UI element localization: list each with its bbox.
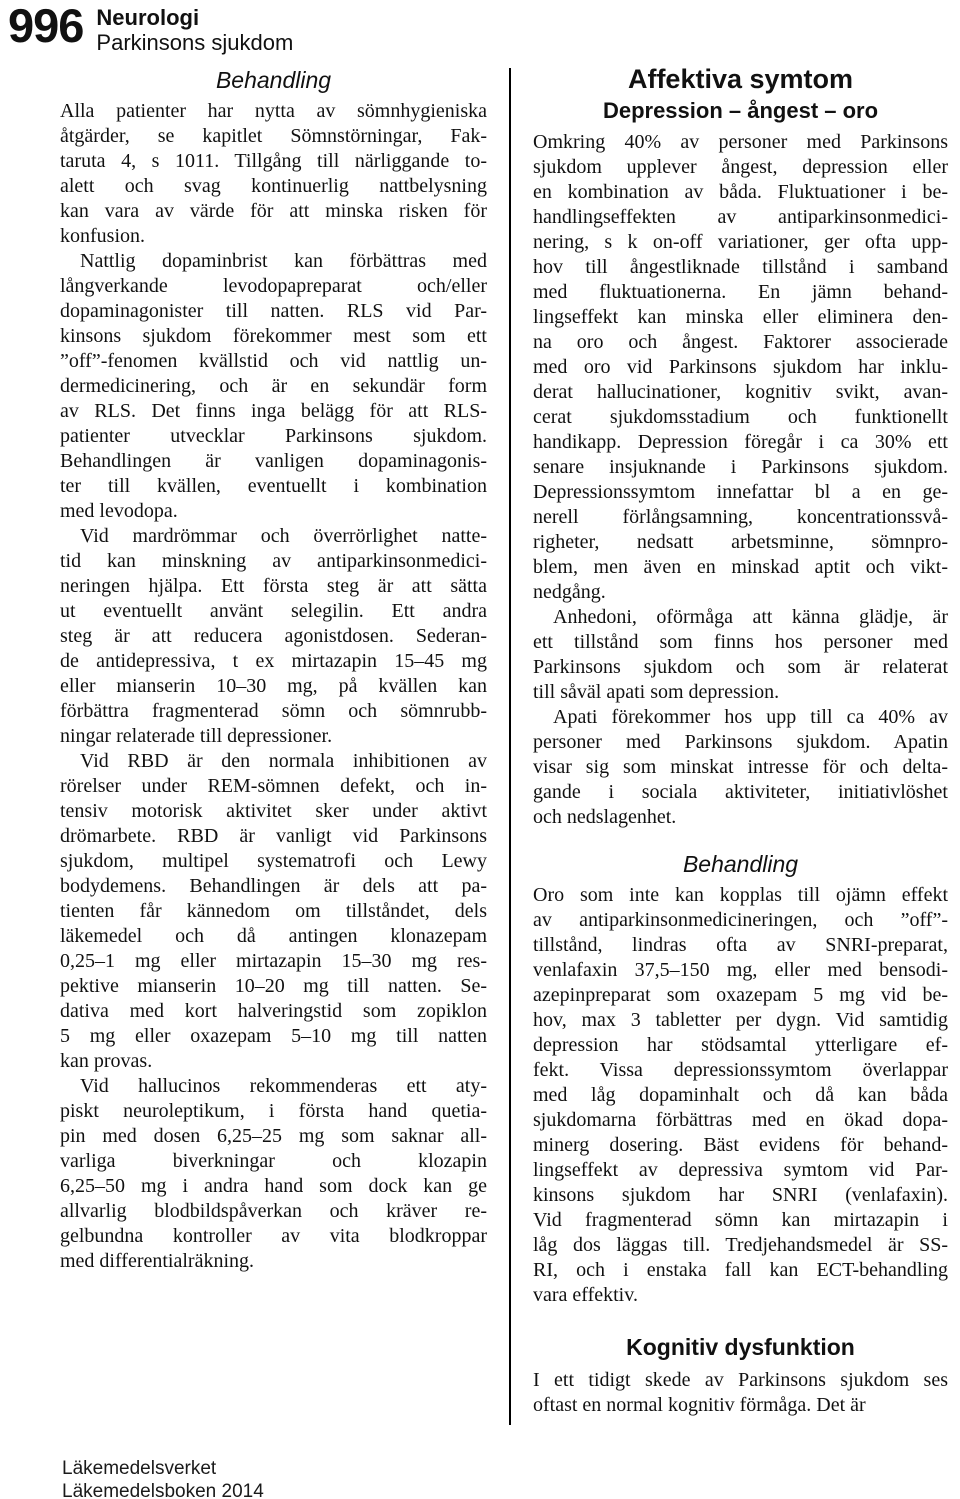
text-line: en kombination av båda. Fluktuationer i … [533, 180, 948, 205]
text-line: personer med Parkinsons sjukdom. Apatin [533, 730, 948, 755]
text-line: handikapp. Depression föregår i ca 30% e… [533, 430, 948, 455]
text-line: allvarlig blodbildspåverkan och kräver r… [60, 1199, 487, 1224]
text-line: blem, men även en minskad aptit och vikt… [533, 555, 948, 580]
text-line: RI, och i enstaka fall kan ECT-behandlin… [533, 1258, 948, 1283]
text-line: Alla patienter har nytta av sömnhygienis… [60, 99, 487, 124]
text-line: med levodopa. [60, 499, 487, 524]
text-line: lingseffekt kan minska eller eliminera d… [533, 305, 948, 330]
text-line: Parkinsons sjukdom och som är relaterat [533, 655, 948, 680]
text-line: cerat sjukdomsstadium och funktionellt [533, 405, 948, 430]
text-line: nerell förlångsamning, koncentrationssvå… [533, 505, 948, 530]
text-line: förbättra fragmenterad sömn och sömnrubb… [60, 699, 487, 724]
paragraph: Apati förekommer hos upp till ca 40% avp… [533, 705, 948, 830]
text-line: Vid hallucinos rekommenderas ett aty- [60, 1074, 487, 1099]
treatment-heading: Behandling [60, 68, 487, 93]
text-line: de antidepressiva, t ex mirtazapin 15–45… [60, 649, 487, 674]
text-line: långverkande levodopapreparat och/eller [60, 274, 487, 299]
text-line: ut eventuellt använt selegilin. Ett andr… [60, 599, 487, 624]
text-line: pin med dosen 6,25–25 mg som saknar all- [60, 1124, 487, 1149]
text-line: Vid RBD är den normala inhibitionen av [60, 749, 487, 774]
text-line: ter till kvällen, eventuellt i kombinati… [60, 474, 487, 499]
text-line: gande i sociala aktiviteter, initiativlö… [533, 780, 948, 805]
text-line: bodydemens. Behandlingen är dels att pa- [60, 874, 487, 899]
text-line: tensiv motorisk aktivitet sker under akt… [60, 799, 487, 824]
text-line: med fluktuationerna. En jämn behand- [533, 280, 948, 305]
page-number: 996 [8, 2, 83, 50]
paragraph: Alla patienter har nytta av sömnhygienis… [60, 99, 487, 249]
text-line: steg är att reducera agonistdosen. Seder… [60, 624, 487, 649]
text-line: handlingseffekten av antiparkinsonmedici… [533, 205, 948, 230]
paragraph: Anhedoni, oförmåga att känna glädje, äre… [533, 605, 948, 705]
text-line: I ett tidigt skede av Parkinsons sjukdom… [533, 1368, 948, 1393]
text-line: vara effektiv. [533, 1283, 948, 1308]
paragraph: Vid hallucinos rekommenderas ett aty-pis… [60, 1074, 487, 1274]
text-line: tillstånd, lindras ofta av SNRI-preparat… [533, 933, 948, 958]
text-line: drömarbete. RBD är vanligt vid Parkinson… [60, 824, 487, 849]
text-line: Behandlingen är vanligen dopaminagonis- [60, 449, 487, 474]
text-line: oftast en normal kognitiv förmåga. Det ä… [533, 1393, 948, 1418]
text-line: åtgärder, se kapitlet Sömnstörningar, Fa… [60, 124, 487, 149]
text-line: och nedslagenhet. [533, 805, 948, 830]
text-line: Apati förekommer hos upp till ca 40% av [533, 705, 948, 730]
paragraph: Vid mardrömmar och överrörlighet natte-t… [60, 524, 487, 749]
text-line: ningar relaterade till depressioner. [60, 724, 487, 749]
text-line: med låg dopaminhalt och då kan båda [533, 1083, 948, 1108]
text-line: sjukdom upplever ångest, depression elle… [533, 155, 948, 180]
text-line: minerg dosering. Bäst evidens för behand… [533, 1133, 948, 1158]
text-line: patienter utvecklar Parkinsons sjukdom. [60, 424, 487, 449]
text-line: visar sig som minskat intresse för och d… [533, 755, 948, 780]
text-line: Vid fragmenterad sömn kan mirtazapin i [533, 1208, 948, 1233]
text-line: hov, max 3 tabletter per dygn. Vid samti… [533, 1008, 948, 1033]
text-line: konfusion. [60, 224, 487, 249]
text-line: med differentialräkning. [60, 1249, 487, 1274]
text-line: kinsons sjukdom har SNRI (venlafaxin). [533, 1183, 948, 1208]
text-line: tid kan minskning av antiparkinsonmedici… [60, 549, 487, 574]
text-line: sjukdomarna förbättras med en ökad dopa- [533, 1108, 948, 1133]
text-line: tienten får kännedom om tillståndet, del… [60, 899, 487, 924]
text-line: Anhedoni, oförmåga att känna glädje, är [533, 605, 948, 630]
page-header: 996 Neurologi Parkinsons sjukdom [8, 2, 293, 56]
text-line: Vid mardrömmar och överrörlighet natte- [60, 524, 487, 549]
text-line: dopaminagonister till natten. RLS vid Pa… [60, 299, 487, 324]
text-line: nering, s k on-off variationer, ger ofta… [533, 230, 948, 255]
right-column: Affektiva symtomDepression – ångest – or… [533, 64, 948, 1418]
paragraph: Nattlig dopaminbrist kan förbättras medl… [60, 249, 487, 524]
main-section-heading: Affektiva symtom [533, 64, 948, 94]
treatment-heading: Behandling [533, 852, 948, 877]
text-line: nedgång. [533, 580, 948, 605]
text-line: 6,25–50 mg i andra hand som dock kan ge [60, 1174, 487, 1199]
text-line: righeter, nedsatt arbetsminne, sömnpro- [533, 530, 948, 555]
text-line: lingseffekt av depressiva symtom vid Par… [533, 1158, 948, 1183]
text-line: eller mianserin 10–30 mg, på kvällen kan [60, 674, 487, 699]
header-titles: Neurologi Parkinsons sjukdom [96, 2, 293, 56]
text-line: depression har stödsamtal ytterligare ef… [533, 1033, 948, 1058]
section-heading: Kognitiv dysfunktion [533, 1334, 948, 1360]
paragraph: Oro som inte kan kopplas till ojämn effe… [533, 883, 948, 1308]
text-line: läkemedel och då antingen klonazepam [60, 924, 487, 949]
document-page: 996 Neurologi Parkinsons sjukdom Behandl… [0, 0, 960, 1499]
text-line: kan provas. [60, 1049, 487, 1074]
text-line: 0,25–1 mg eller mirtazapin 15–30 mg res- [60, 949, 487, 974]
page-footer: Läkemedelsverket Läkemedelsboken 2014 [62, 1457, 264, 1499]
text-line: kan vara av värde för att minska risken … [60, 199, 487, 224]
text-line: Nattlig dopaminbrist kan förbättras med [60, 249, 487, 274]
footer-book-title: Läkemedelsboken 2014 [62, 1480, 264, 1499]
text-line: sjukdom, multipel systematrofi och Lewy [60, 849, 487, 874]
paragraph: I ett tidigt skede av Parkinsons sjukdom… [533, 1368, 948, 1418]
text-line: neringen hjälpa. Ett första steg är att … [60, 574, 487, 599]
paragraph: Vid RBD är den normala inhibitionen avrö… [60, 749, 487, 1074]
text-line: dermedicinering, och är en sekundär form [60, 374, 487, 399]
text-line: piskt neuroleptikum, i första hand queti… [60, 1099, 487, 1124]
text-line: fekt. Vissa depressionssymtom överlappar [533, 1058, 948, 1083]
text-line: pektive mianserin 10–20 mg till natten. … [60, 974, 487, 999]
text-line: taruta 4, s 1011. Tillgång till närligga… [60, 149, 487, 174]
text-line: venlafaxin 37,5–150 mg, eller med bensod… [533, 958, 948, 983]
text-line: rörelser under REM-sömnen defekt, och in… [60, 774, 487, 799]
text-line: dativa med kort halveringstid som zopikl… [60, 999, 487, 1024]
text-line: azepinpreparat som oxazepam 5 mg vid be- [533, 983, 948, 1008]
left-column: BehandlingAlla patienter har nytta av sö… [60, 68, 487, 1274]
column-divider [509, 68, 511, 1425]
sub-section-heading: Depression – ångest – oro [533, 98, 948, 124]
text-line: hov till ångestliknade tillstånd i samba… [533, 255, 948, 280]
text-line: derat hallucinationer, kognitiv svikt, a… [533, 380, 948, 405]
footer-publisher: Läkemedelsverket [62, 1457, 264, 1480]
text-line: alett och svag kontinuerlig nattbelysnin… [60, 174, 487, 199]
text-line: senare insjuknande i Parkinsons sjukdom. [533, 455, 948, 480]
text-line: låg dos läggas till. Tredjehandsmedel är… [533, 1233, 948, 1258]
text-line: av RLS. Det finns inga belägg för att RL… [60, 399, 487, 424]
text-line: gelbundna kontroller av vita blodkroppar [60, 1224, 487, 1249]
text-line: 5 mg eller oxazepam 5–10 mg till natten [60, 1024, 487, 1049]
text-line: ett tillstånd som finns hos personer med [533, 630, 948, 655]
text-line: na oro och ångest. Faktorer associerade [533, 330, 948, 355]
text-line: av antiparkinsonmedicineringen, och ”off… [533, 908, 948, 933]
paragraph: Omkring 40% av personer med Parkinsonssj… [533, 130, 948, 605]
text-line: Omkring 40% av personer med Parkinsons [533, 130, 948, 155]
text-line: med oro vid Parkinsons sjukdom har inklu… [533, 355, 948, 380]
text-line: Depressionssymtom innefattar bl a en ge- [533, 480, 948, 505]
text-line: Oro som inte kan kopplas till ojämn effe… [533, 883, 948, 908]
chapter-title: Neurologi [96, 5, 293, 30]
text-line: till såväl apati som depression. [533, 680, 948, 705]
text-line: kinsons sjukdom förekommer mest som ett [60, 324, 487, 349]
text-line: ”off”-fenomen kvällstid och vid nattlig … [60, 349, 487, 374]
text-line: varliga biverkningar och klozapin [60, 1149, 487, 1174]
section-subtitle: Parkinsons sjukdom [96, 30, 293, 56]
